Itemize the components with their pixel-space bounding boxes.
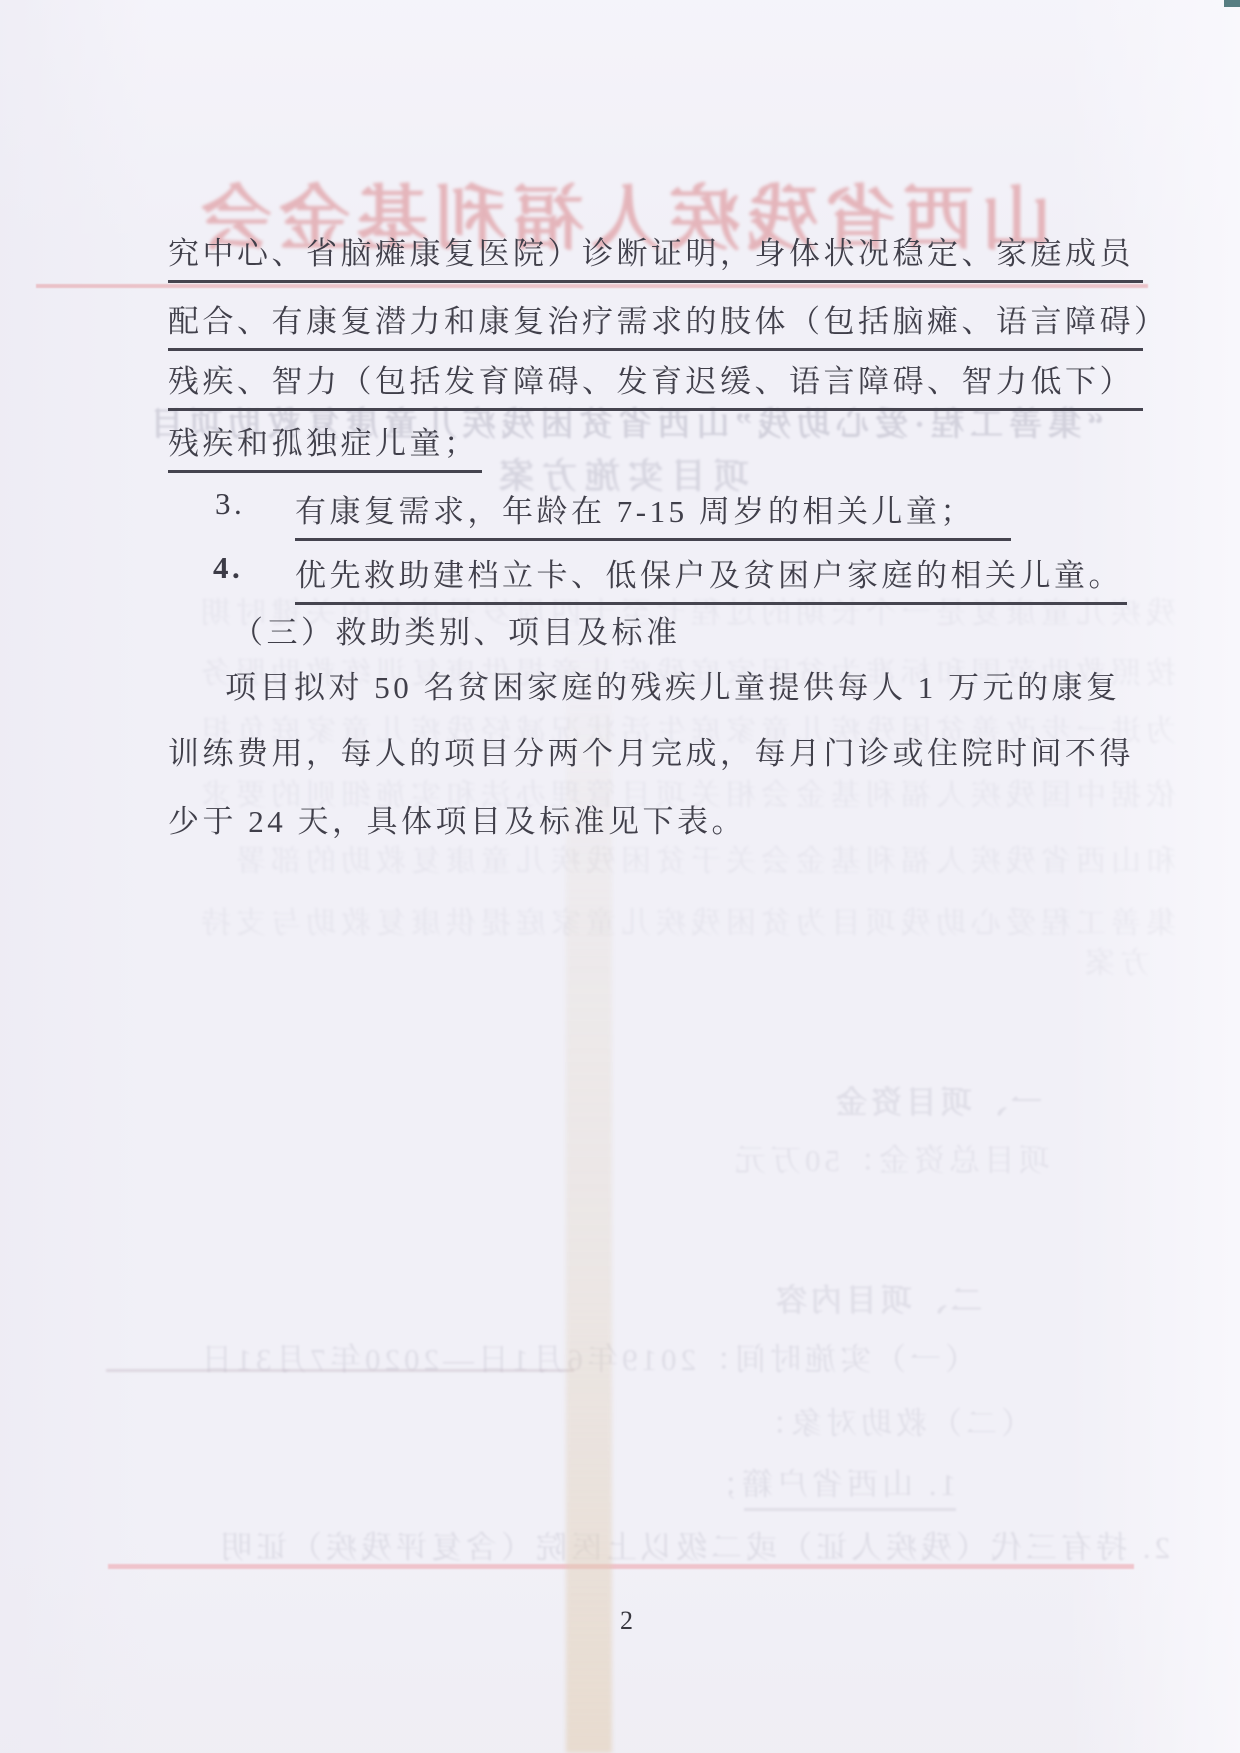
list-item-3-number: 3. (215, 486, 245, 522)
bleed-illegible-row: 方案 (1000, 938, 1150, 982)
bleed-target-item1: 1. 山西省户籍； (744, 1459, 956, 1511)
list-item-4-text: 优先救助建档立卡、低保户及贫困户家庭的相关儿童。 (295, 550, 1127, 605)
bleed-target-heading: （二）救助对象： (722, 1398, 1032, 1443)
paragraph-line-3: 少于 24 天，具体项目及标准见下表。 (168, 796, 746, 841)
page-number: 2 (620, 1606, 633, 1636)
bleed-funding-total: 项目总资金：50万元 (690, 1135, 1050, 1180)
body-line-3: 残疾、智力（包括发育障碍、发育迟缓、语言障碍、智力低下） (168, 356, 1143, 411)
section-3-heading: （三）救助类别、项目及标准 (232, 607, 681, 652)
paragraph-line-2: 训练费用，每人的项目分两个月完成，每月门诊或住院时间不得 (168, 728, 1134, 773)
bleed-red-rule-bottom (108, 1564, 1134, 1569)
scanned-document-page: 山西省残疾人福利基金会 “集善工程·爱心助残”山西省贫困残疾儿童康复救助项目 项… (0, 0, 1240, 1753)
bleed-implementation-time: （一）实施时间：2019年6月1日—2020年7月31日 (94, 1334, 976, 1379)
list-item-3-text: 有康复需求，年龄在 7-15 周岁的相关儿童； (295, 486, 1011, 541)
bleed-illegible-row: 集善工程爱心助残项目为贫困残疾儿童家庭提供康复救助与支持 (80, 898, 1176, 942)
scan-fold-streak (566, 620, 612, 1753)
bleed-funding-heading: 一、项目资金 (792, 1077, 1042, 1122)
scan-edge-corner-mark (1224, 0, 1240, 7)
body-line-4: 残疾和孤独症儿童； (168, 418, 482, 473)
bleed-content-heading: 二、项目内容 (652, 1275, 982, 1320)
bleed-red-rule-top (36, 284, 1148, 288)
body-line-2: 配合、有康复潜力和康复治疗需求的肢体（包括脑瘫、语言障碍） (168, 296, 1143, 351)
list-item-4-number: 4. (213, 550, 243, 586)
bleed-target-item2: 2. 持有三代（残疾人证）或二级以上医院（含复评残疾）证明 (94, 1522, 1170, 1567)
body-line-1: 究中心、省脑瘫康复医院）诊断证明，身体状况稳定、家庭成员 (168, 228, 1143, 283)
bleed-implementation-time-underline (106, 1369, 574, 1372)
bleed-illegible-row: 和山西省残疾人福利基金会关于贫困残疾儿童康复救助的部署 (80, 836, 1176, 880)
paragraph-line-1: 项目拟对 50 名贫困家庭的残疾儿童提供每人 1 万元的康复 (225, 662, 1121, 707)
